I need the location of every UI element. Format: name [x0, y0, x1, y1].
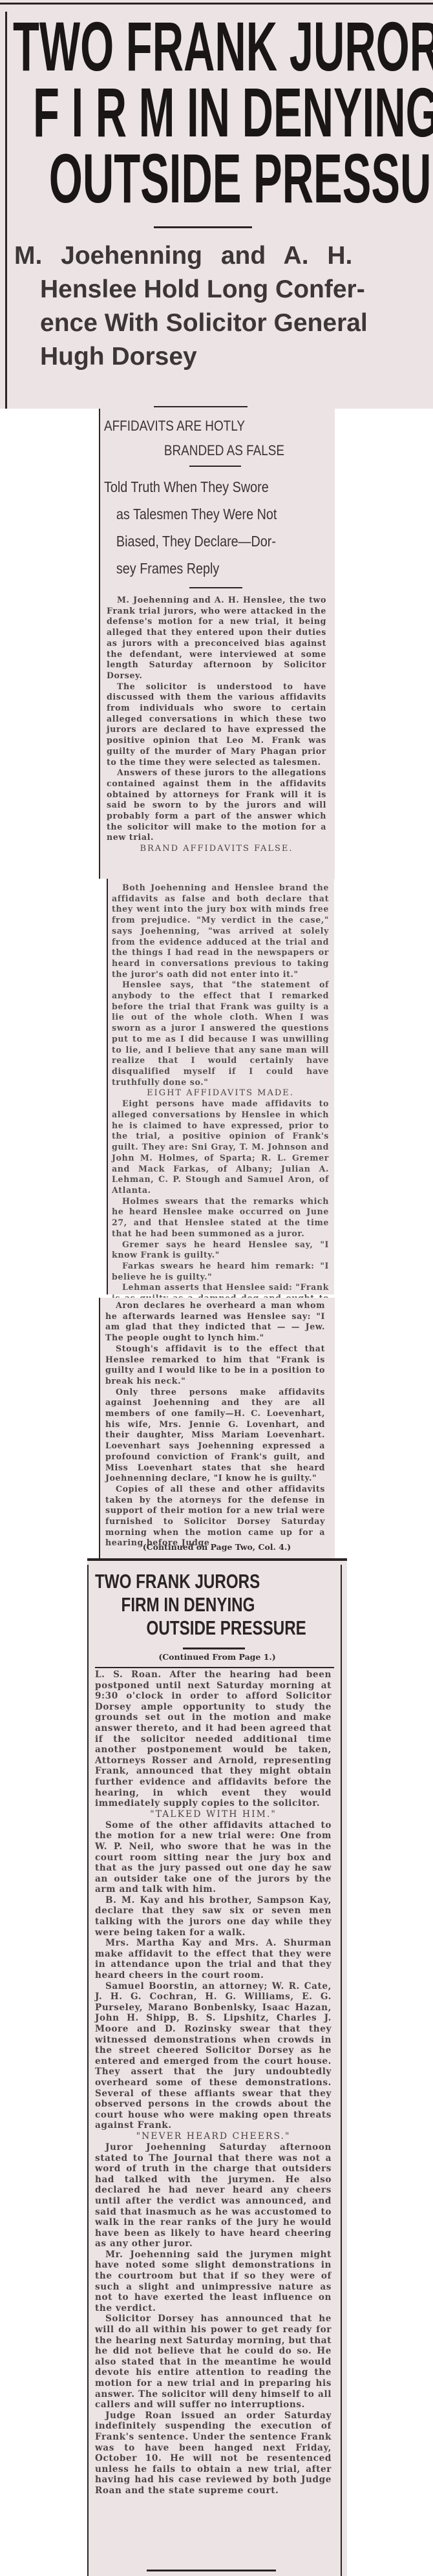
divider — [95, 1667, 334, 1668]
paragraph: Solicitor Dorsey has announced that he w… — [95, 2313, 332, 2410]
clipping-middle-continued: Both Joehenning and Henslee brand the af… — [107, 879, 334, 1294]
article-body: M. Joehenning and A. H. Henslee, the two… — [107, 595, 326, 854]
column-rule — [5, 12, 7, 409]
column-rule — [107, 879, 108, 1294]
section-subhead: "TALKED WITH HIM." — [95, 1809, 332, 1820]
section-subhead: BRAND AFFIDAVITS FALSE. — [107, 843, 326, 854]
clipping-middle-end: Aron declares he overheard a man whom he… — [99, 1298, 335, 1558]
article-body: Both Joehenning and Henslee brand the af… — [112, 883, 329, 1315]
paragraph: Only three persons make affidavits again… — [105, 1387, 325, 1484]
headline-line: TWO FRANK JURORS — [95, 1570, 282, 1593]
continued-note: (Continued From Page 1.) — [95, 1652, 339, 1662]
column-rule — [99, 1298, 100, 1558]
article-body: Aron declares he overheard a man whom he… — [105, 1300, 325, 1549]
headline-line: OUTSIDE PRESSURE — [95, 1616, 282, 1640]
deck-line: as Talesmen They Were Not — [104, 500, 299, 528]
column-rule — [87, 1565, 89, 2576]
deck-line: Told Truth When They Swore — [104, 473, 299, 500]
headline-line: FIRM IN DENYING — [95, 1593, 282, 1616]
section-subhead: EIGHT AFFIDAVITS MADE. — [112, 1088, 329, 1099]
paragraph: Judge Roan issued an order Saturday inde… — [95, 2410, 332, 2496]
paragraph: Copies of all these and other affidavits… — [105, 1484, 325, 1549]
paragraph: Mrs. Martha Kay and Mrs. A. Shurman make… — [95, 1938, 332, 1980]
main-deck: M. Joehenning and A. H. Henslee Hold Lon… — [14, 239, 388, 374]
paragraph: Stough's affidavit is to the effect that… — [105, 1344, 325, 1387]
deck-line: Henslee Hold Long Confer- — [14, 273, 388, 306]
article-body: L. S. Roan. After the hearing had been p… — [95, 1669, 332, 2496]
headline-line: F I R M IN DENYING — [13, 80, 246, 146]
paragraph: Eight persons have made affidavits to al… — [112, 1099, 329, 1196]
section-subhead: "NEVER HEARD CHEERS." — [95, 2131, 332, 2142]
subheadline-line: AFFIDAVITS ARE HOTLY — [104, 414, 299, 438]
clipping-bottom: TWO FRANK JURORS FIRM IN DENYING OUTSIDE… — [87, 1558, 347, 2576]
paragraph: Both Joehenning and Henslee brand the af… — [112, 883, 329, 980]
deck-line: ence With Solicitor General — [14, 306, 388, 340]
continued-note: (Continued on Page Two, Col. 4.) — [105, 1542, 328, 1552]
paragraph: B. M. Kay and his brother, Sampson Kay, … — [95, 1895, 332, 1938]
top-rule — [0, 3, 433, 5]
column-rule — [341, 1565, 342, 2576]
clipping-top: TWO FRANK JURORS F I R M IN DENYING OUTS… — [0, 0, 433, 409]
paragraph: Holmes swears that the remarks which he … — [112, 1196, 329, 1240]
paragraph: Mr. Joehenning said the jurymen might ha… — [95, 2249, 332, 2314]
divider — [189, 587, 242, 588]
deck-line: M. Joehenning and A. H. — [14, 239, 388, 273]
divider — [189, 466, 241, 467]
column-rule — [99, 409, 100, 879]
continuation-headline: TWO FRANK JURORS FIRM IN DENYING OUTSIDE… — [95, 1570, 334, 1640]
paragraph: Answers of these jurors to the allegatio… — [107, 767, 326, 843]
paragraph: Some of the other affidavits attached to… — [95, 1820, 332, 1895]
deck-line: Biased, They Declare—Dor- — [104, 528, 299, 555]
deck-line: sey Frames Reply — [104, 555, 299, 582]
paragraph: Henslee says, that "the statement of any… — [112, 980, 329, 1088]
subheadline-line: BRANDED AS FALSE — [104, 438, 299, 463]
paragraph: Juror Joehenning Saturday afternoon stat… — [95, 2142, 332, 2249]
divider — [147, 2570, 276, 2571]
main-headline: TWO FRANK JURORS F I R M IN DENYING OUTS… — [13, 14, 246, 212]
deck-line: Hugh Dorsey — [14, 340, 388, 374]
paragraph: Farkas swears he heard him remark: "I be… — [112, 1261, 329, 1282]
divider — [183, 1648, 245, 1649]
divider — [154, 406, 248, 407]
top-rule — [87, 1558, 347, 1561]
paragraph: Samuel Boorstin, an attorney; W. R. Cate… — [95, 1981, 332, 2131]
paragraph: Aron declares he overheard a man whom he… — [105, 1300, 325, 1344]
paragraph: The solicitor is understood to have disc… — [107, 682, 326, 768]
paragraph: M. Joehenning and A. H. Henslee, the two… — [107, 595, 326, 682]
divider — [154, 226, 252, 228]
paragraph: Gremer says he heard Henslee say, "I kno… — [112, 1240, 329, 1261]
paragraph: L. S. Roan. After the hearing had been p… — [95, 1669, 332, 1809]
headline-line: TWO FRANK JURORS — [13, 14, 246, 80]
headline-line: OUTSIDE PRESSURE — [13, 146, 246, 212]
clipping-middle: AFFIDAVITS ARE HOTLY BRANDED AS FALSE To… — [99, 409, 335, 879]
